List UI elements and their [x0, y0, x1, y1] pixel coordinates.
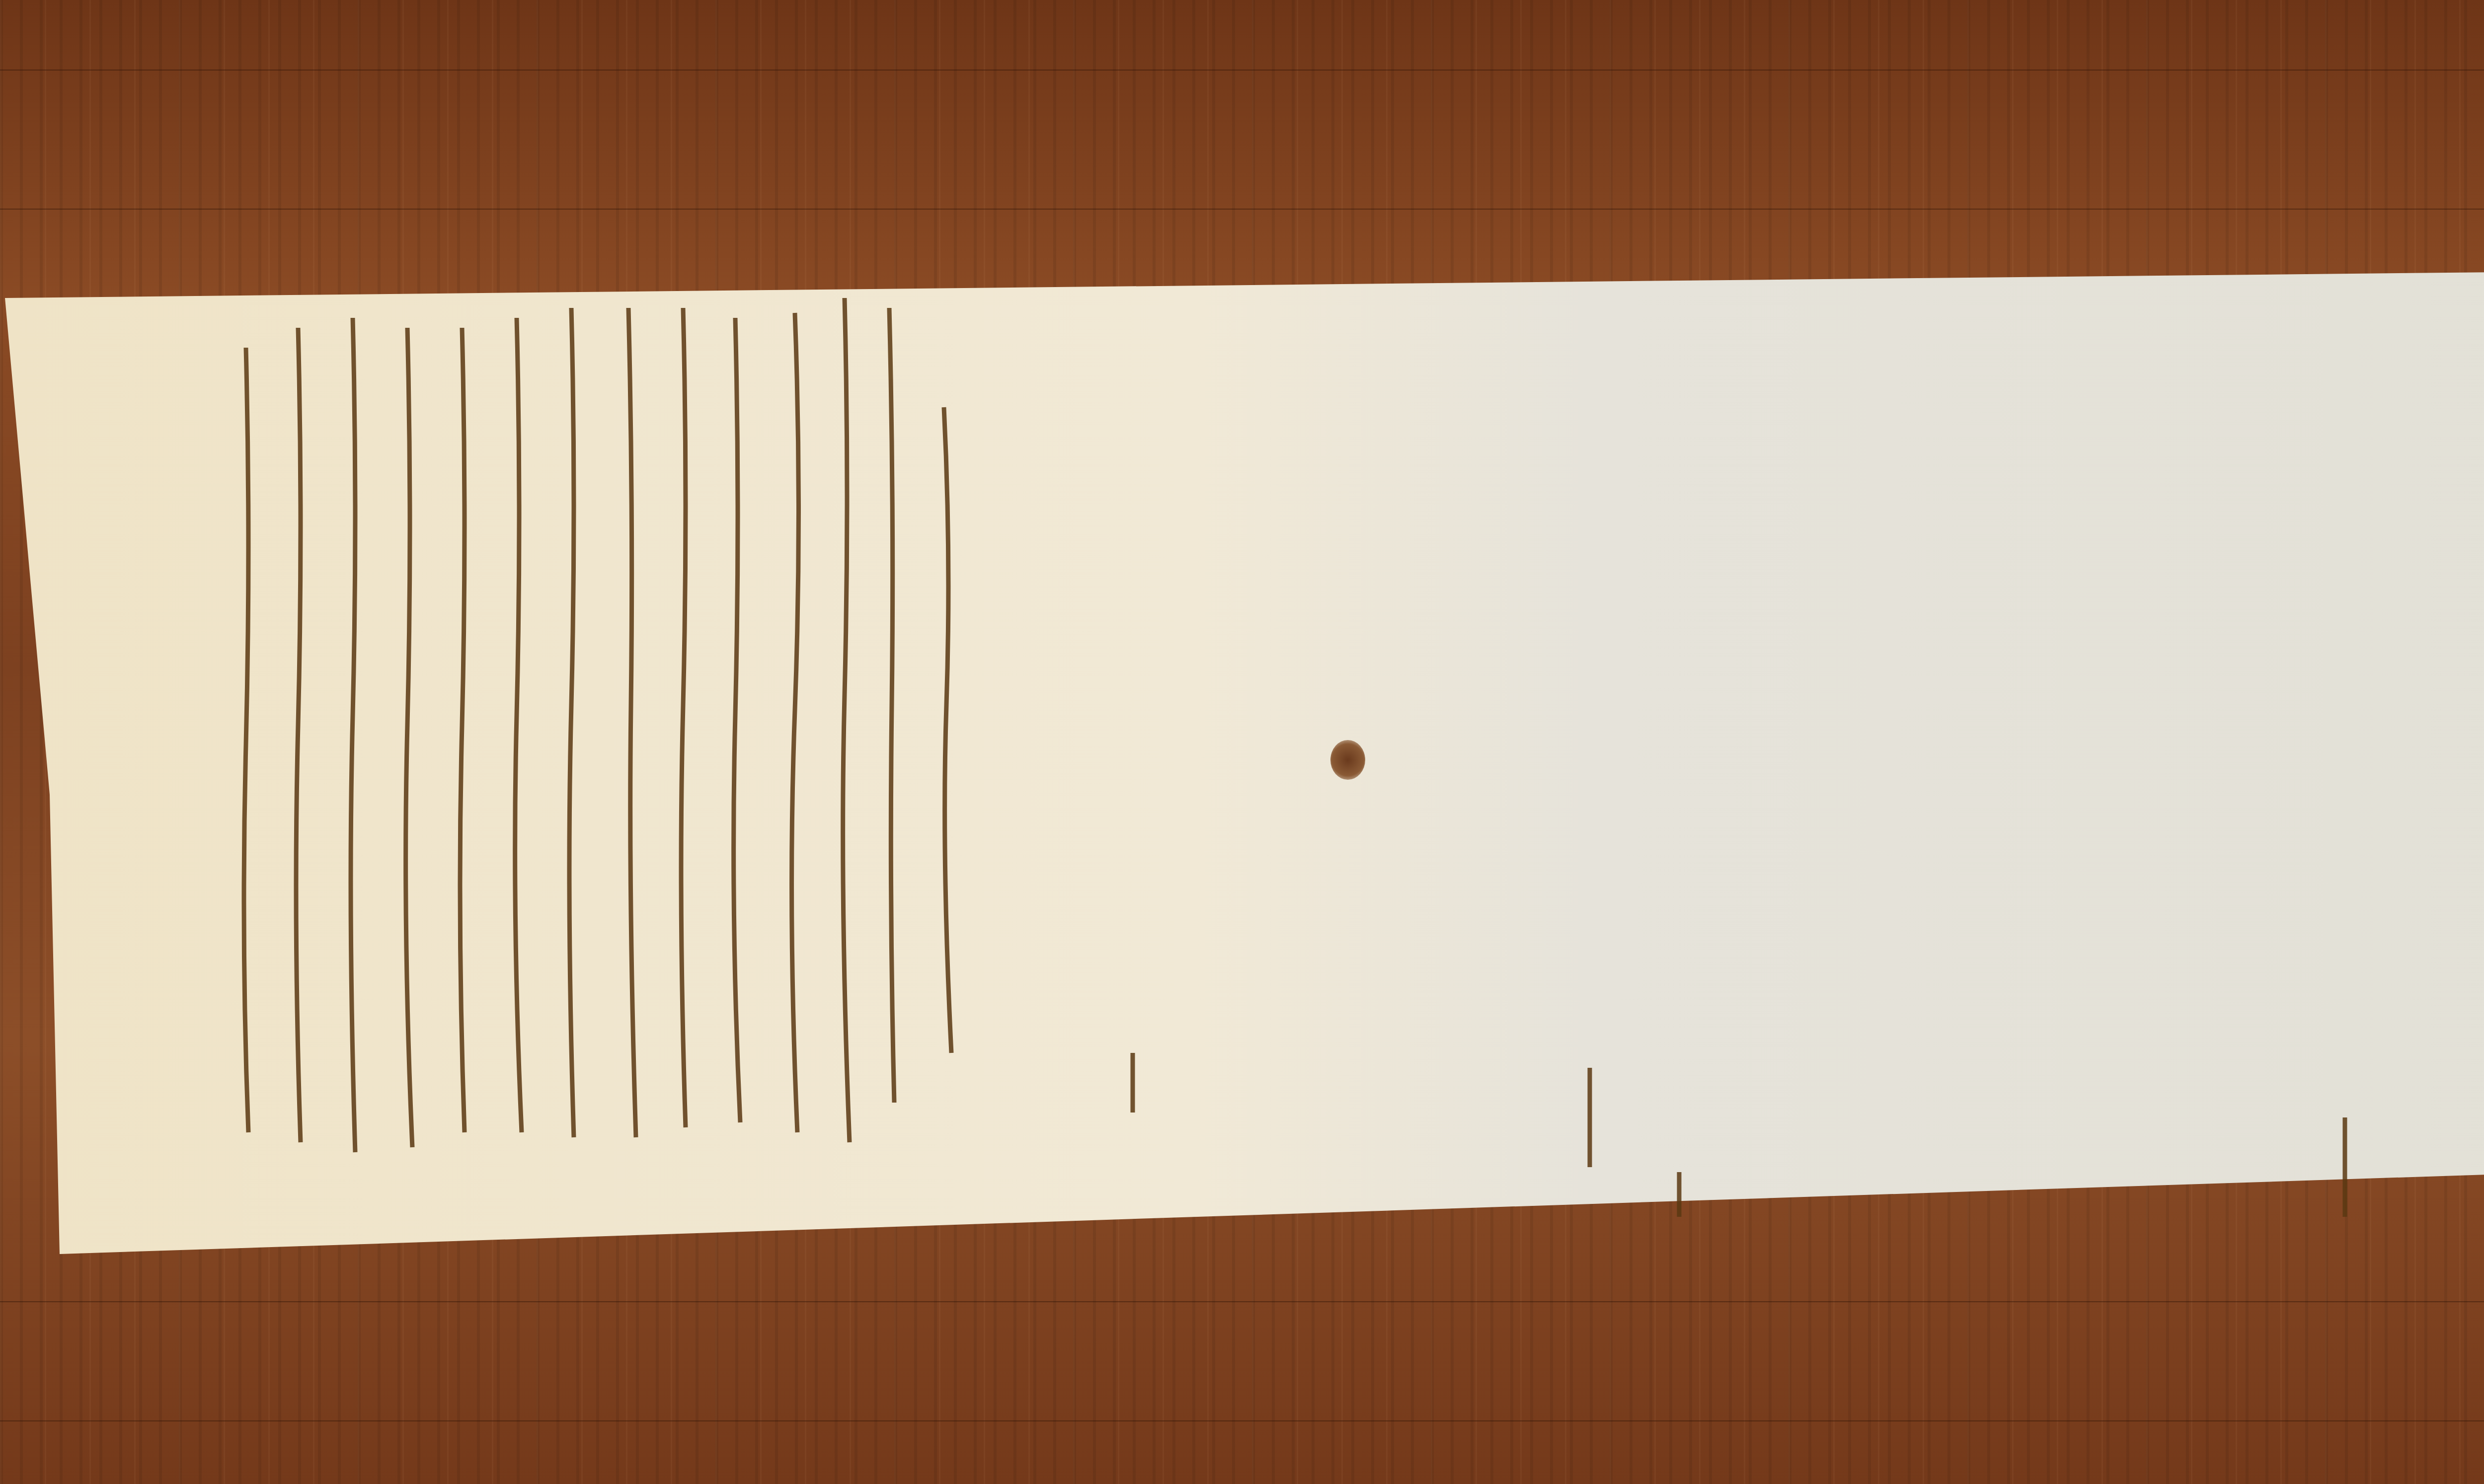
ink-hole [1330, 740, 1365, 780]
manuscript-paper [0, 0, 2484, 1484]
